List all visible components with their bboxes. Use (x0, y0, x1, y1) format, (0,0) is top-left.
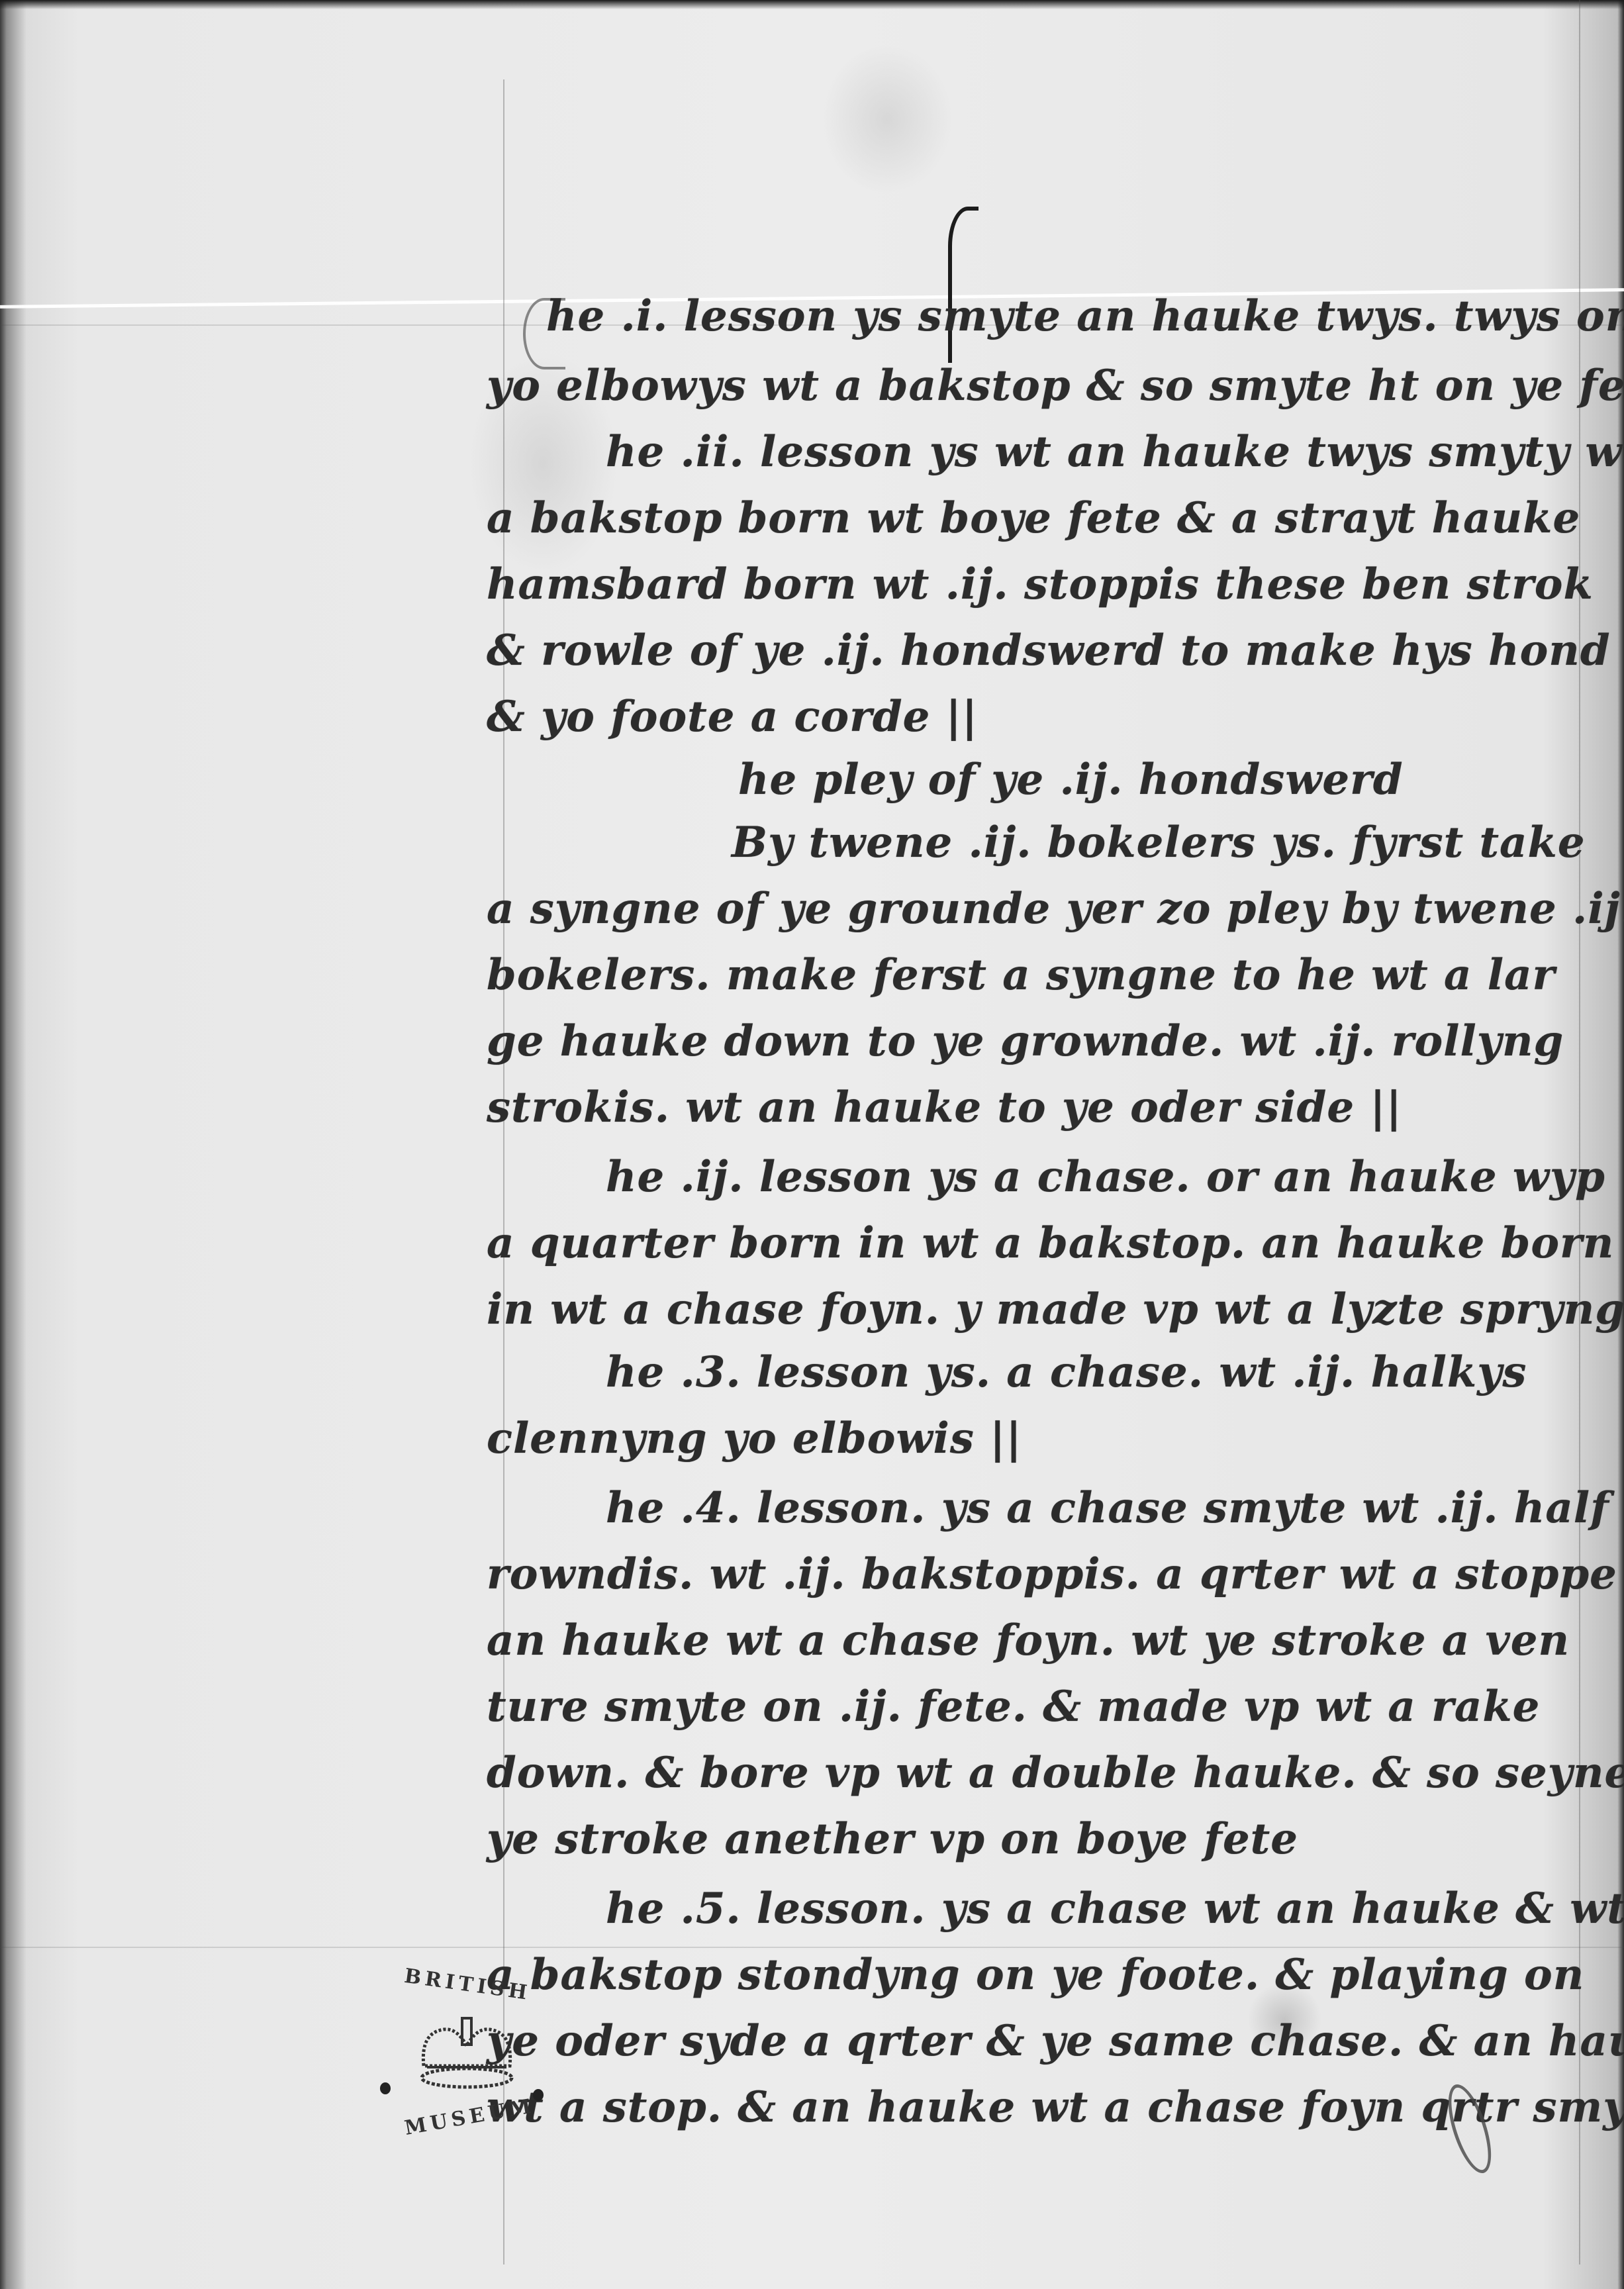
text-line: he .3. lesson ys. a chase. wt .ij. halky… (606, 1347, 1527, 1397)
text-line: yo elbowys wt a bakstop & so smyte ht on… (487, 361, 1624, 411)
stamp-bottom-text: MUSEUM (403, 2094, 536, 2140)
text-line: a bakstop born wt boye fete & a strayt h… (487, 493, 1580, 543)
text-line: ge hauke down to ye grownde. wt .ij. rol… (487, 1016, 1564, 1066)
page-top-edge-shadow (0, 0, 1624, 9)
text-line: ture smyte on .ij. fete. & made vp wt a … (487, 1682, 1540, 1731)
ruling-bottom (0, 1947, 1624, 1948)
text-line: a quarter born in wt a bakstop. an hauke… (487, 1218, 1614, 1268)
text-line: By twene .ij. bokelers ys. fyrst take (732, 818, 1586, 867)
text-line: ye stroke anether vp on boye fete (487, 1814, 1298, 1864)
manuscript-page: he .i. lesson ys smyte an hauke twys. tw… (0, 0, 1624, 2289)
text-line: he .i. lesson ys smyte an hauke twys. tw… (546, 291, 1624, 341)
british-museum-stamp: BRITISH MUSEUM (371, 1960, 543, 2139)
text-line: bokelers. make ferst a syngne to he wt a… (487, 950, 1555, 1000)
stamp-dot-right (533, 2089, 544, 2101)
text-line: he .5. lesson. ys a chase wt an hauke & … (606, 1884, 1624, 1933)
text-line: he .ii. lesson ys wt an hauke twys smyty… (606, 427, 1624, 477)
text-line: clennyng yo elbowis || (487, 1414, 1022, 1463)
text-line: & yo foote a corde || (487, 692, 978, 742)
stamp-top-text: BRITISH (403, 1965, 533, 2005)
text-line: hamsbard born wt .ij. stoppis these ben … (487, 560, 1594, 609)
stamp-dot-left (380, 2082, 391, 2094)
text-line: rowndis. wt .ij. bakstoppis. a qrter wt … (487, 1549, 1617, 1599)
text-line: down. & bore vp wt a double hauke. & so … (487, 1748, 1624, 1798)
text-line: strokis. wt an hauke to ye oder side || (487, 1083, 1402, 1132)
text-line: in wt a chase foyn. y made vp wt a lyzte… (487, 1285, 1624, 1334)
text-line: he .ij. lesson ys a chase. or an hauke w… (606, 1152, 1605, 1202)
crown-icon (417, 2013, 516, 2092)
text-line: an hauke wt a chase foyn. wt ye stroke a… (487, 1616, 1570, 1665)
text-line: ye oder syde a qrter & ye same chase. & … (487, 2016, 1624, 2066)
text-line: a bakstop stondyng on ye foote. & playin… (487, 1950, 1584, 2000)
text-line: a syngne of ye grounde yer zo pley by tw… (487, 884, 1624, 934)
section-heading: he pley of ye .ij. hondswerd (738, 755, 1404, 804)
text-line: & rowle of ye .ij. hondswerd to make hys… (487, 626, 1611, 675)
text-line: he .4. lesson. ys a chase smyte wt .ij. … (606, 1483, 1609, 1533)
